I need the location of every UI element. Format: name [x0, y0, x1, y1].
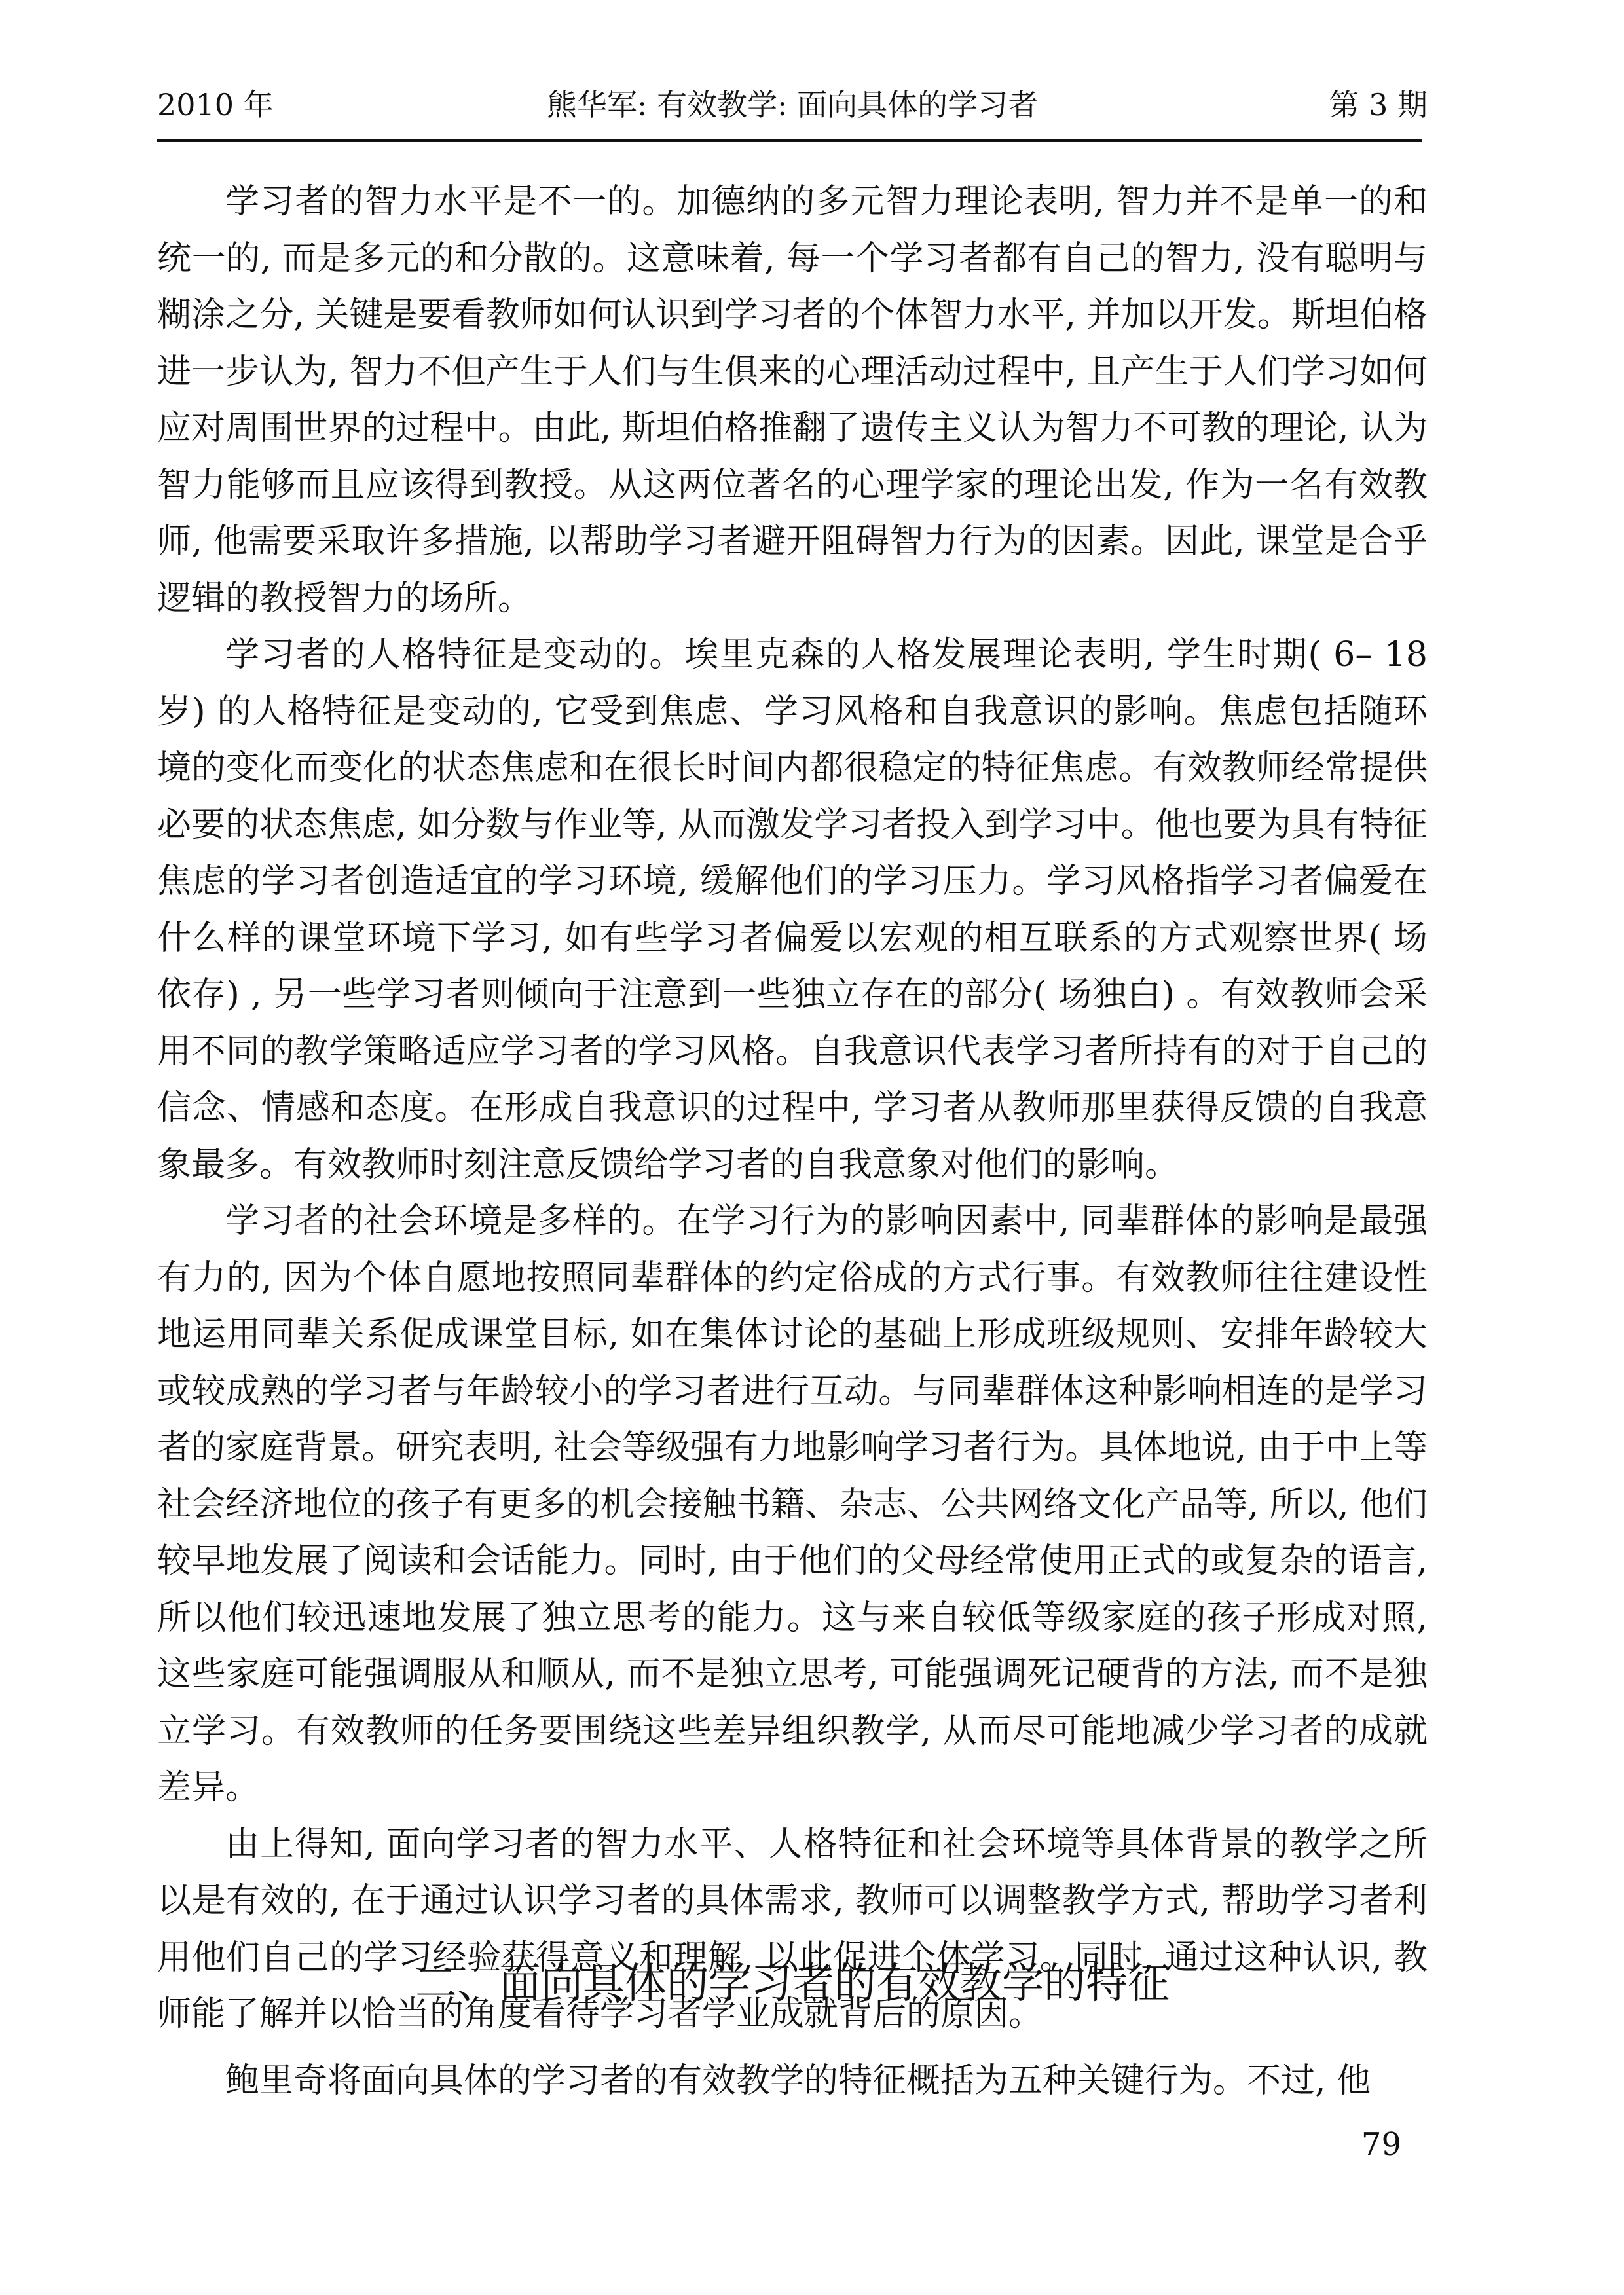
header-rule — [157, 139, 1422, 142]
paragraph-personality: 学习者的人格特征是变动的。埃里克森的人格发展理论表明, 学生时期( 6– 18 … — [157, 627, 1428, 1193]
paragraph-intelligence: 学习者的智力水平是不一的。加德纳的多元智力理论表明, 智力并不是单一的和统一的,… — [157, 174, 1428, 627]
paragraph-social-environment: 学习者的社会环境是多样的。在学习行为的影响因素中, 同辈群体的影响是最强有力的,… — [157, 1193, 1428, 1816]
section-title: 二、面向具体的学习者的有效教学的特征 — [157, 1955, 1428, 2013]
running-header: 2010 年 熊华军: 有效教学: 面向具体的学习者 第 3 期 — [157, 82, 1428, 128]
page-number: 79 — [1361, 2121, 1401, 2167]
paragraph-borich: 鲍里奇将面向具体的学习者的有效教学的特征概括为五种关键行为。不过, 他 — [157, 2053, 1428, 2109]
header-running-title: 熊华军: 有效教学: 面向具体的学习者 — [157, 82, 1428, 128]
body-text: 学习者的智力水平是不一的。加德纳的多元智力理论表明, 智力并不是单一的和统一的,… — [157, 174, 1428, 2043]
header-issue: 第 3 期 — [1329, 82, 1428, 128]
